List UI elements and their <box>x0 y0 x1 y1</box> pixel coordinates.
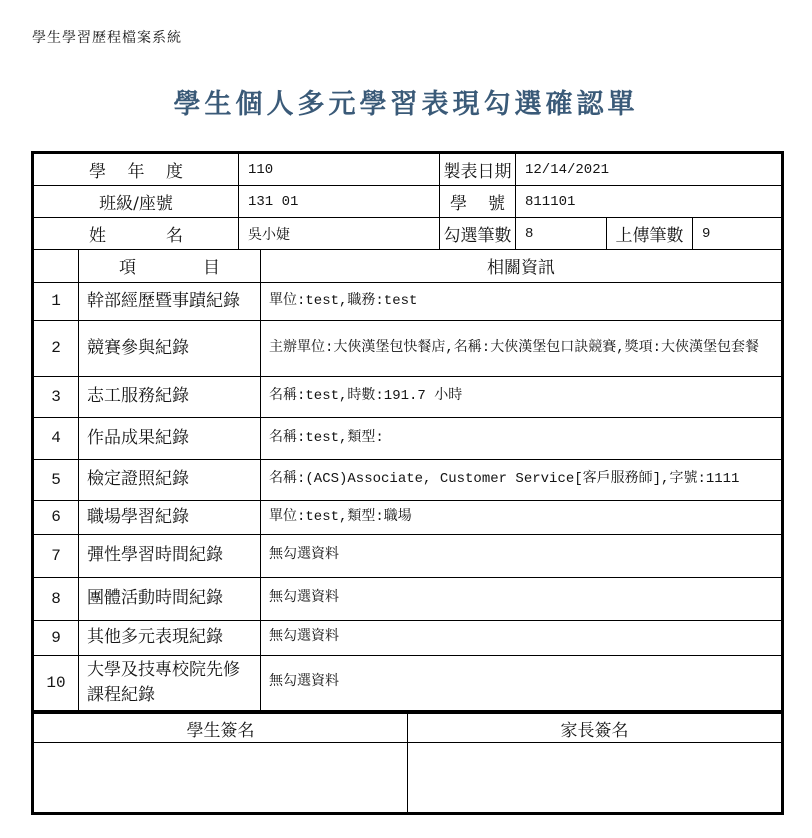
report-date-label: 製表日期 <box>440 154 516 186</box>
item-info: 名稱:(ACS)Associate, Customer Service[客戶服務… <box>261 459 782 500</box>
item-info: 主辦單位:大俠漢堡包快餐店,名稱:大俠漢堡包口訣競賽,獎項:大俠漢堡包套餐 <box>261 320 782 376</box>
school-year-value: 110 <box>239 154 440 186</box>
item-name: 作品成果紀錄 <box>79 417 261 459</box>
parent-signature-area <box>408 743 782 813</box>
table-row: 8 團體活動時間紀錄 無勾選資料 <box>34 577 782 620</box>
name-label: 姓 名 <box>34 218 239 250</box>
item-number: 1 <box>34 282 79 320</box>
table-row <box>34 743 782 813</box>
table-row: 1 幹部經歷暨事蹟紀錄 單位:test,職務:test <box>34 282 782 320</box>
table-row: 10 大學及技專校院先修課程紀錄 無勾選資料 <box>34 655 782 710</box>
table-row: 3 志工服務紀錄 名稱:test,時數:191.7 小時 <box>34 376 782 417</box>
table-row: 9 其他多元表現紀錄 無勾選資料 <box>34 620 782 655</box>
item-info: 單位:test,類型:職場 <box>261 500 782 534</box>
table-row: 7 彈性學習時間紀錄 無勾選資料 <box>34 534 782 577</box>
item-info: 名稱:test,時數:191.7 小時 <box>261 376 782 417</box>
signature-table-wrap: 學生簽名 家長簽名 <box>31 711 784 815</box>
class-seat-value: 131 01 <box>239 186 440 218</box>
class-seat-label: 班級/座號 <box>34 186 239 218</box>
info-column-header: 相關資訊 <box>261 250 782 282</box>
table-row: 5 檢定證照紀錄 名稱:(ACS)Associate, Customer Ser… <box>34 459 782 500</box>
student-info-table: 學 年 度 110 製表日期 12/14/2021 班級/座號 131 01 學… <box>33 153 782 250</box>
item-info: 無勾選資料 <box>261 655 782 710</box>
item-name: 其他多元表現紀錄 <box>79 620 261 655</box>
table-row: 班級/座號 131 01 學 號 811101 <box>34 186 782 218</box>
item-number: 6 <box>34 500 79 534</box>
uploaded-count-value: 9 <box>693 218 782 250</box>
items-table: 項 目 相關資訊 1 幹部經歷暨事蹟紀錄 單位:test,職務:test 2 競… <box>33 250 782 711</box>
item-name: 競賽參與紀錄 <box>79 320 261 376</box>
item-number: 7 <box>34 534 79 577</box>
student-id-value: 811101 <box>516 186 782 218</box>
school-year-label: 學 年 度 <box>34 154 239 186</box>
item-number: 10 <box>34 655 79 710</box>
signature-table: 學生簽名 家長簽名 <box>33 713 782 813</box>
student-signature-label: 學生簽名 <box>34 714 408 743</box>
item-number: 4 <box>34 417 79 459</box>
item-number: 2 <box>34 320 79 376</box>
item-name: 團體活動時間紀錄 <box>79 577 261 620</box>
item-name: 彈性學習時間紀錄 <box>79 534 261 577</box>
name-value: 吳小婕 <box>239 218 440 250</box>
item-name: 志工服務紀錄 <box>79 376 261 417</box>
items-number-header <box>34 250 79 282</box>
checked-count-value: 8 <box>516 218 607 250</box>
item-info: 名稱:test,類型: <box>261 417 782 459</box>
items-column-header: 項 目 <box>79 250 261 282</box>
item-number: 3 <box>34 376 79 417</box>
main-table: 學 年 度 110 製表日期 12/14/2021 班級/座號 131 01 學… <box>31 151 784 713</box>
item-info: 無勾選資料 <box>261 577 782 620</box>
item-info: 單位:test,職務:test <box>261 282 782 320</box>
table-row: 6 職場學習紀錄 單位:test,類型:職場 <box>34 500 782 534</box>
item-info: 無勾選資料 <box>261 534 782 577</box>
item-number: 5 <box>34 459 79 500</box>
page-title: 學生個人多元學習表現勾選確認單 <box>0 82 812 121</box>
document-page: 學生學習歷程檔案系統 學生個人多元學習表現勾選確認單 學 年 度 110 製表日… <box>0 0 812 838</box>
table-row: 姓 名 吳小婕 勾選筆數 8 上傳筆數 9 <box>34 218 782 250</box>
item-number: 9 <box>34 620 79 655</box>
student-id-label: 學 號 <box>440 186 516 218</box>
report-date-value: 12/14/2021 <box>516 154 782 186</box>
item-name: 幹部經歷暨事蹟紀錄 <box>79 282 261 320</box>
item-name: 大學及技專校院先修課程紀錄 <box>79 655 261 710</box>
item-info: 無勾選資料 <box>261 620 782 655</box>
system-name-header: 學生學習歷程檔案系統 <box>32 27 182 47</box>
table-row: 學 年 度 110 製表日期 12/14/2021 <box>34 154 782 186</box>
table-header-row: 項 目 相關資訊 <box>34 250 782 282</box>
table-row: 2 競賽參與紀錄 主辦單位:大俠漢堡包快餐店,名稱:大俠漢堡包口訣競賽,獎項:大… <box>34 320 782 376</box>
uploaded-count-label: 上傳筆數 <box>607 218 693 250</box>
item-name: 檢定證照紀錄 <box>79 459 261 500</box>
table-header-row: 學生簽名 家長簽名 <box>34 714 782 743</box>
item-number: 8 <box>34 577 79 620</box>
item-name: 職場學習紀錄 <box>79 500 261 534</box>
table-row: 4 作品成果紀錄 名稱:test,類型: <box>34 417 782 459</box>
checked-count-label: 勾選筆數 <box>440 218 516 250</box>
parent-signature-label: 家長簽名 <box>408 714 782 743</box>
student-signature-area <box>34 743 408 813</box>
